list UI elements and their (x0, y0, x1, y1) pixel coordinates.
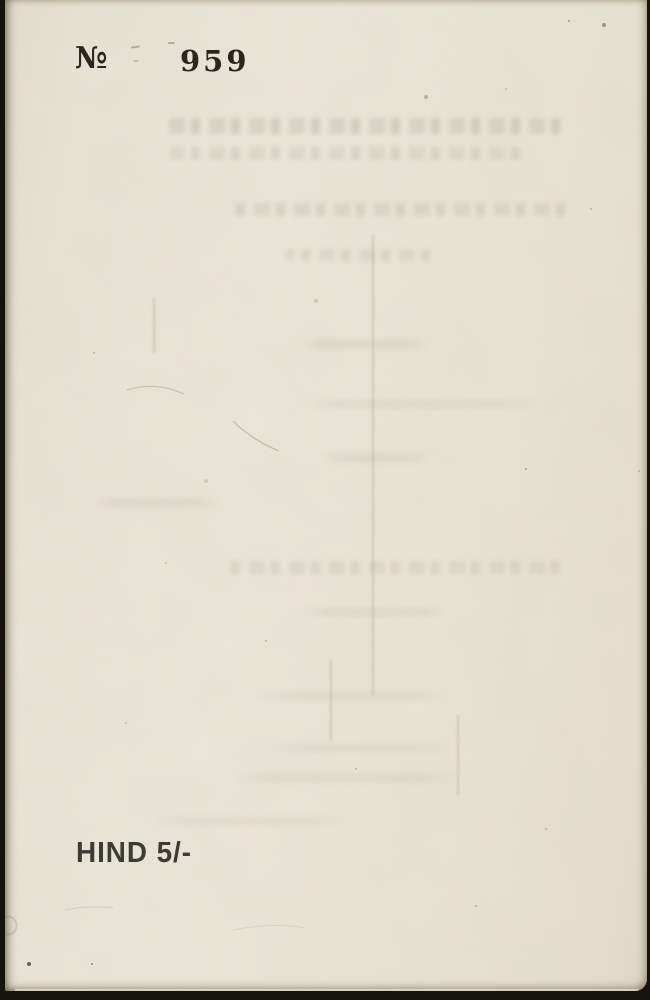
scanner-background: № 959 HIND 5/- (0, 0, 650, 1000)
price-text: HIND 5/- (76, 839, 192, 868)
bleedthrough-smudge (170, 147, 520, 160)
bleedthrough-smudge (300, 339, 430, 349)
paper-crease (457, 715, 459, 795)
bleedthrough-smudge (300, 607, 450, 617)
bleedthrough-smudge (230, 561, 560, 574)
bleedthrough-smudge (230, 203, 565, 216)
paper-crease (153, 298, 155, 353)
ink-dash (133, 60, 139, 62)
bleedthrough-smudge (270, 743, 450, 753)
pencil-mark (5, 916, 17, 935)
serial-number: № 959 (75, 44, 109, 74)
dust-specks (5, 0, 7, 2)
bleedthrough-smudge (285, 249, 430, 261)
bleedthrough-smudge (150, 816, 350, 826)
numero-sign: № (75, 41, 109, 76)
ink-dash (168, 42, 175, 44)
bleedthrough-smudge (90, 498, 220, 508)
bleedthrough-smudge (168, 118, 560, 134)
bleedthrough-smudge (250, 691, 450, 701)
bleedthrough-smudge (230, 773, 460, 783)
ink-dash (131, 45, 140, 48)
paper-crease (330, 660, 332, 740)
scanned-card-back-cover: № 959 HIND 5/- (5, 0, 647, 991)
bleedthrough-smudge (320, 453, 430, 463)
bleedthrough-smudge (300, 399, 540, 409)
serial-number-value: 959 (180, 47, 250, 76)
paper-crease (372, 235, 374, 695)
